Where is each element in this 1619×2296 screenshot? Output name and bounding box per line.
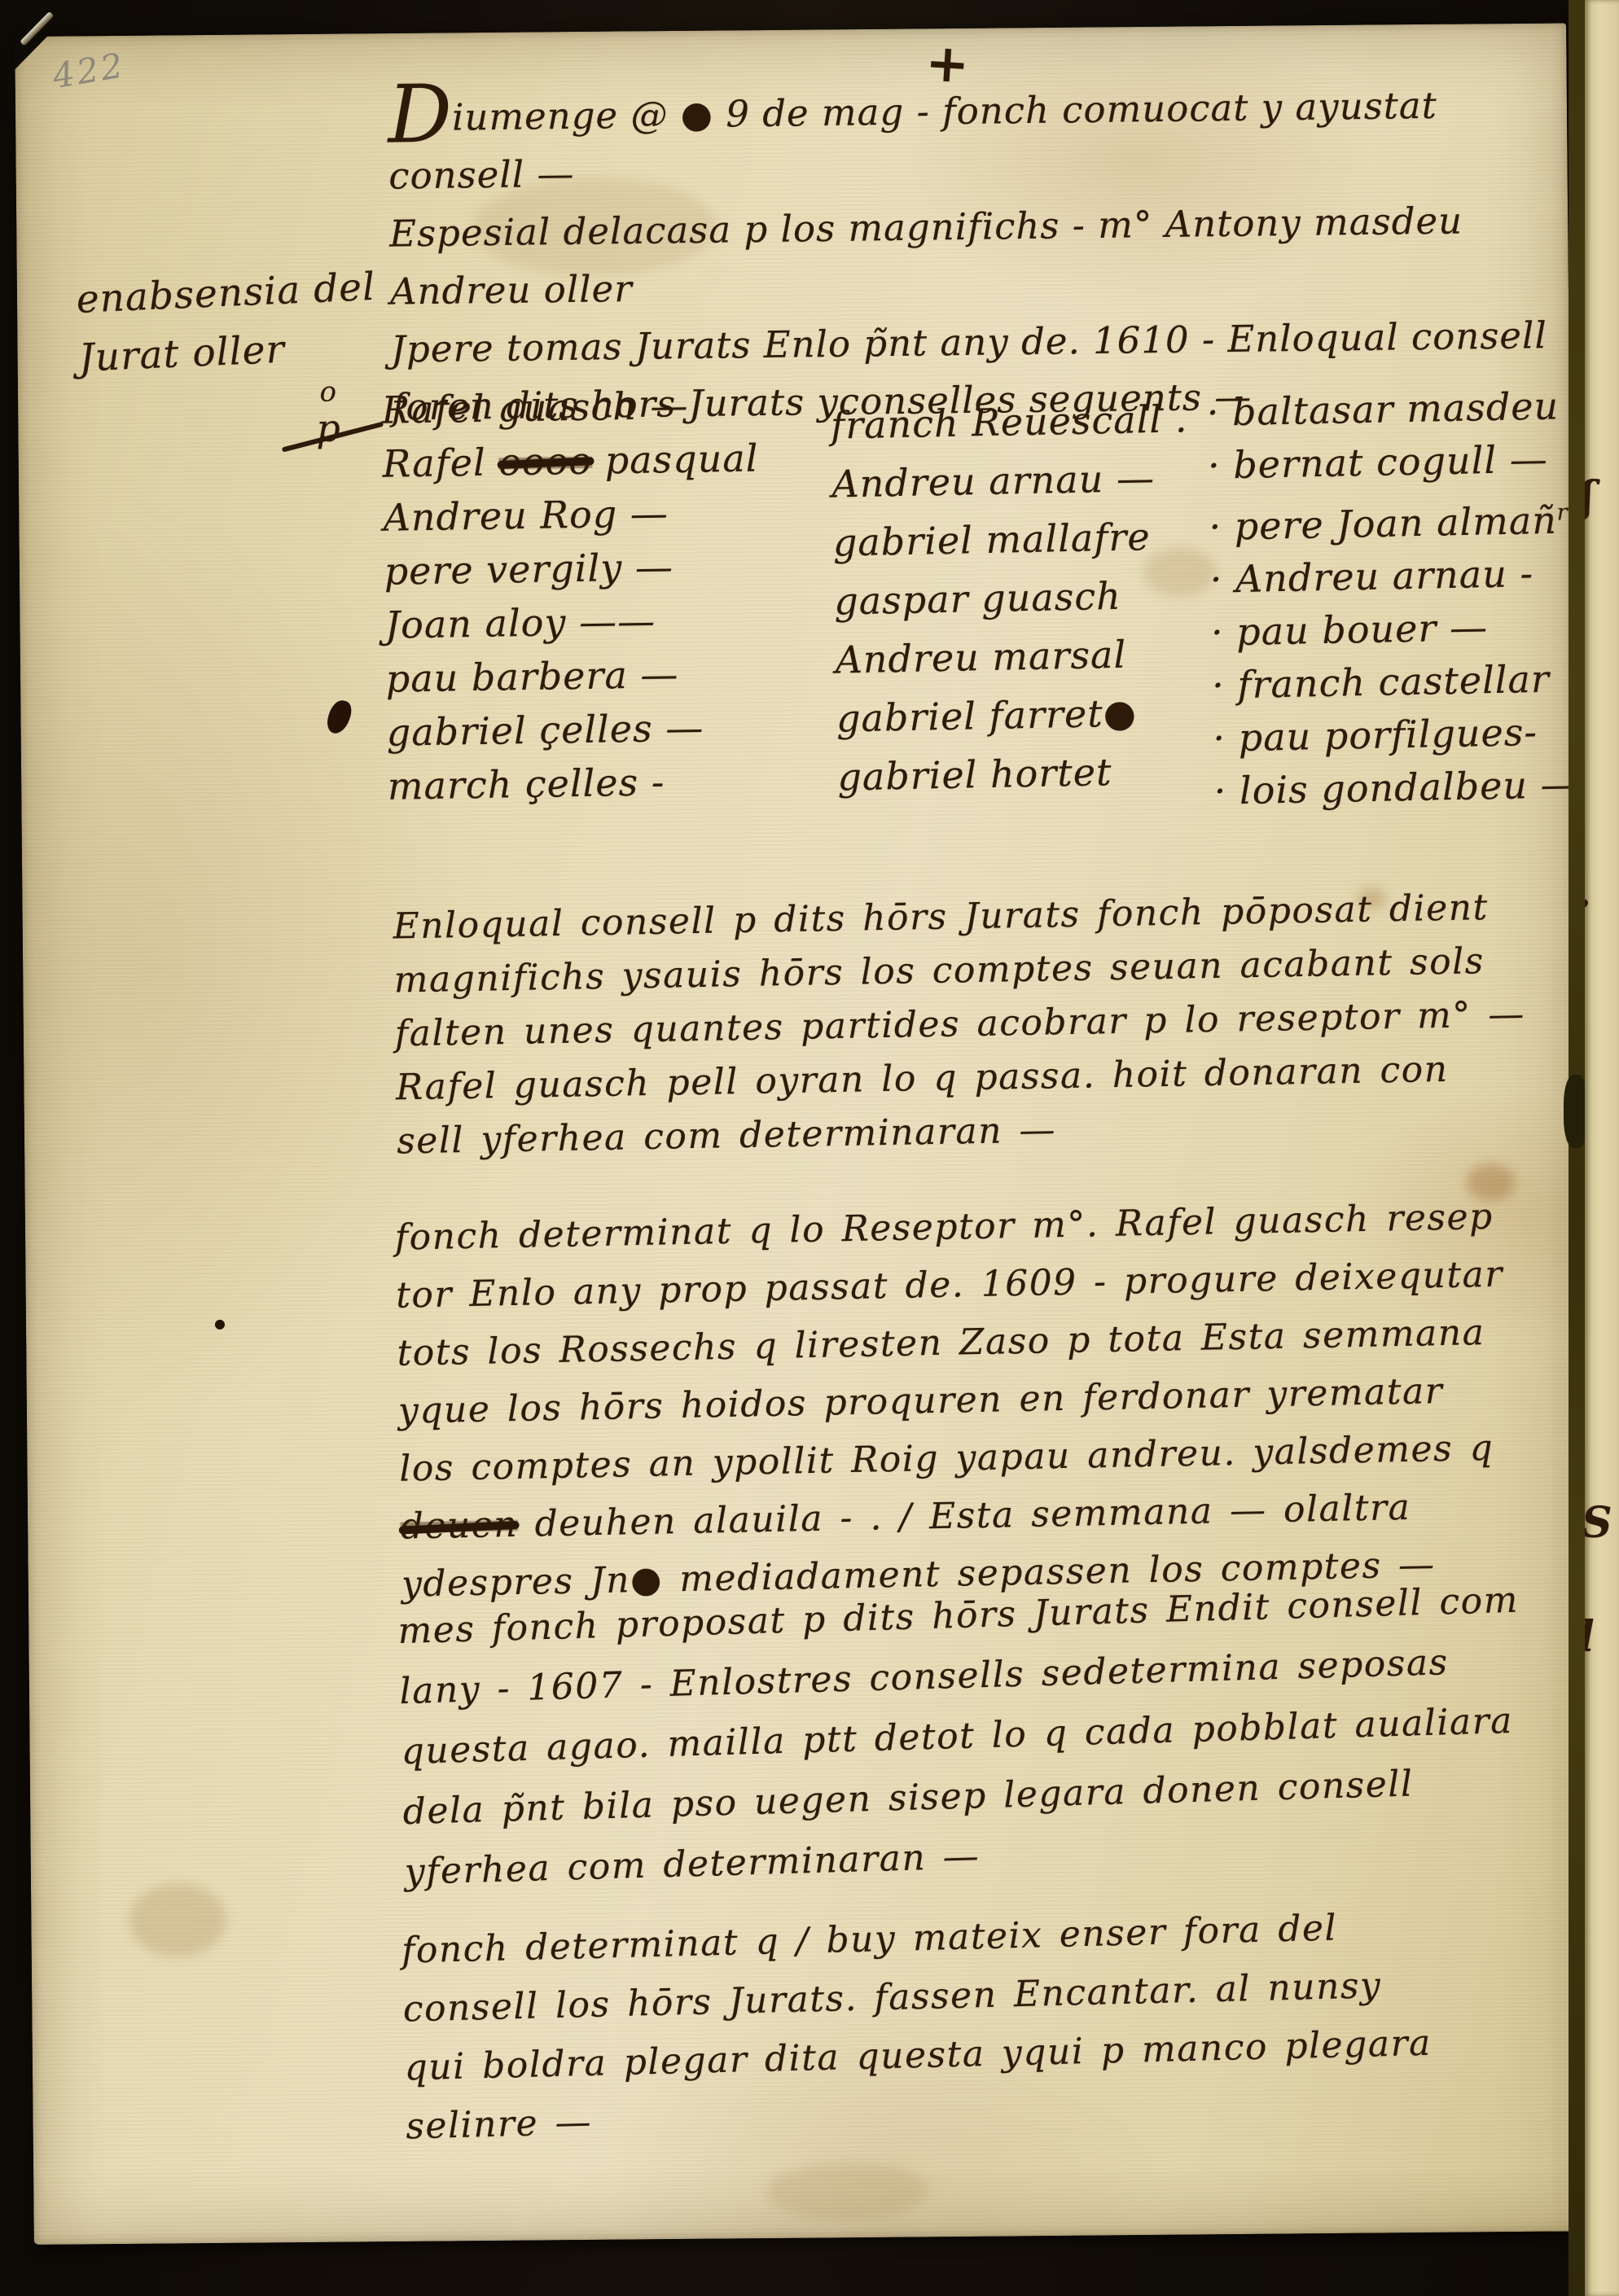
paragraph-determination-auction: fonch determinat q / buy mateix enser fo…	[401, 1893, 1604, 2157]
folio-number: 422	[50, 45, 128, 96]
jurats-column-1: Rafel guasch —Rafel oooo pasqualAndreu R…	[381, 378, 764, 813]
illuminated-initial: D	[388, 68, 453, 162]
conseller-name: · pau bouer —	[1210, 599, 1585, 659]
conseller-name: · Andreu arnau -	[1209, 546, 1584, 607]
bleed-through-mark: S	[1585, 1498, 1612, 1548]
conseller-name: · baltasar masdeu	[1206, 379, 1581, 440]
margin-symbol-p: p	[316, 406, 340, 450]
conseller-name: · bernat cogull —	[1207, 432, 1582, 493]
bleed-through-mark: ʃ	[1585, 472, 1594, 522]
conseller-name: · pau porfilgues-	[1213, 705, 1587, 765]
paragraph-determination-receiver: fonch determinat q lo Reseptor m°. Rafel…	[394, 1186, 1599, 1614]
conseller-name: Andreu arnau —	[831, 448, 1190, 513]
ink-dot	[215, 1320, 225, 1330]
header-line: Espesial delacasa p los magnifichs - m° …	[389, 191, 1572, 321]
jurat-name: Andreu Rog —	[383, 484, 760, 544]
ink-blot	[324, 698, 354, 737]
parchment-stain	[129, 1883, 227, 1957]
conseller-name: · franch castellar	[1212, 652, 1586, 712]
header-line-text: iumenge @ ● 9 de mag - fonch comuocat y …	[388, 84, 1437, 198]
conseller-name: franch Reuescall .	[830, 389, 1188, 454]
conseller-name: gabriel farret●	[836, 682, 1194, 747]
manuscript-page: 422 + enabsensia del Jurat oller o p Diu…	[15, 23, 1586, 2245]
next-page-edge: ʃ · S l	[1585, 0, 1619, 2296]
jurat-name: Rafel oooo pasqual	[382, 431, 759, 490]
struck-text: oooo	[498, 439, 593, 484]
jurat-name: gabriel çelles —	[386, 699, 763, 759]
margin-symbol-crossed-p: o p	[316, 375, 340, 446]
conseller-name: · lois gondalbeu —	[1213, 758, 1588, 818]
conseller-name: gabriel mallafre	[832, 506, 1191, 572]
bleed-through-mark: ·	[1585, 879, 1591, 929]
header-line: Diumenge @ ● 9 de mag - fonch comuocat y…	[388, 75, 1570, 205]
margin-symbol-o: o	[316, 375, 340, 410]
paragraph-proposal-accounts: Enloqual consell p dits hōrs Jurats fonc…	[393, 879, 1595, 1169]
jurat-name: march çelles -	[387, 753, 764, 813]
conseller-name: · pere Joan almañra	[1209, 485, 1583, 554]
conseller-name: Andreu marsal	[835, 624, 1193, 689]
consellers-column-2: franch Reuescall .Andreu arnau —gabriel …	[830, 389, 1195, 806]
paragraph-proposal-tax-1607: mes fonch proposat p dits hōrs Jurats En…	[397, 1568, 1603, 1903]
margin-note: enabsensia del Jurat oller	[75, 258, 379, 388]
parchment-stain	[766, 2162, 930, 2220]
jurat-name: Joan aloy ——	[384, 592, 761, 651]
manuscript-photograph: 422 + enabsensia del Jurat oller o p Diu…	[0, 0, 1619, 2296]
consellers-column-3: · baltasar masdeu· bernat cogull —· pere…	[1206, 379, 1588, 818]
jurat-name: pere vergily —	[384, 538, 761, 598]
binding-gutter	[1569, 0, 1585, 2296]
bleed-through-mark: l	[1585, 1612, 1595, 1662]
conseller-name: gabriel hortet	[837, 741, 1196, 806]
struck-text: deuen	[400, 1504, 518, 1548]
jurat-name: Rafel guasch —	[381, 378, 758, 437]
page-corner-fold	[13, 35, 49, 71]
conseller-name: gaspar guasch	[834, 565, 1192, 630]
jurat-name: pau barbera —	[385, 646, 762, 705]
